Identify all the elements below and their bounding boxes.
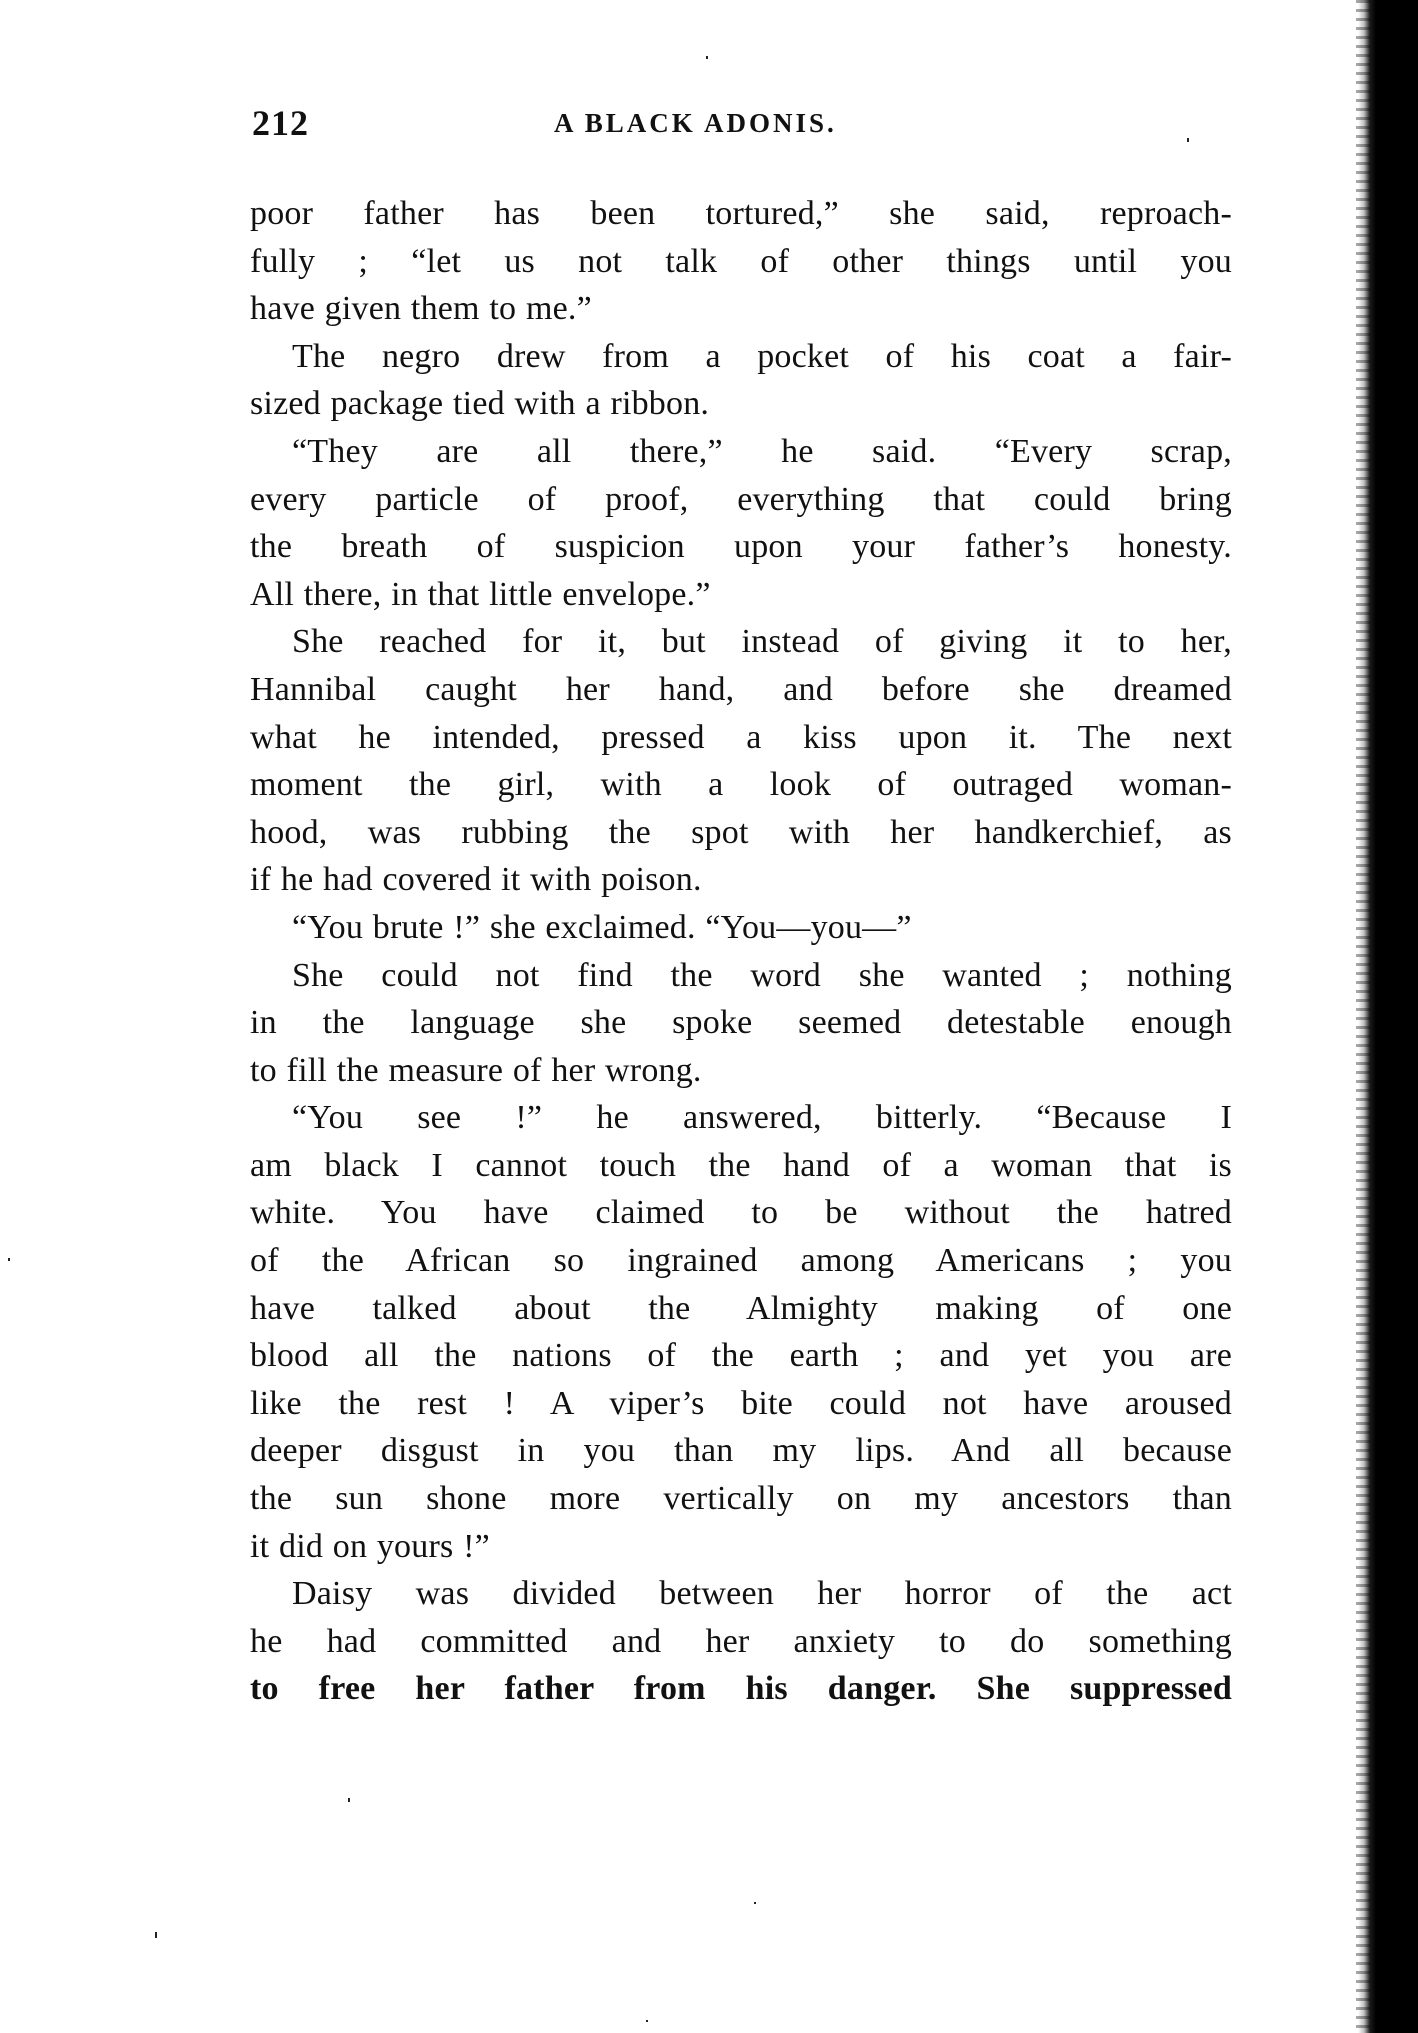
text-line: am black I cannot touch the hand of a wo… (250, 1142, 1232, 1190)
text-line: hood, was rubbing the spot with her hand… (250, 809, 1232, 857)
text-line: poor father has been tortured,” she said… (250, 190, 1232, 238)
text-line: to free her father from his danger. She … (250, 1665, 1232, 1713)
text-line: have talked about the Almighty making of… (250, 1285, 1232, 1333)
text-line: white. You have claimed to be without th… (250, 1189, 1232, 1237)
scan-speck (1187, 138, 1189, 142)
text-line: “You brute !” she exclaimed. “You—you—” (250, 904, 1232, 952)
text-line: Daisy was divided between her horror of … (250, 1570, 1232, 1618)
text-line: blood all the nations of the earth ; and… (250, 1332, 1232, 1380)
text-line: have given them to me.” (250, 285, 1232, 333)
text-line: every particle of proof, everything that… (250, 476, 1232, 524)
book-page: 212 A BLACK ADONIS. poor father has been… (0, 0, 1418, 2033)
text-line: what he intended, pressed a kiss upon it… (250, 714, 1232, 762)
text-line: She reached for it, but instead of givin… (250, 618, 1232, 666)
text-line: deeper disgust in you than my lips. And … (250, 1427, 1232, 1475)
text-line: Hannibal caught her hand, and before she… (250, 666, 1232, 714)
scan-speck (8, 1258, 10, 1261)
text-line: like the rest ! A viper’s bite could not… (250, 1380, 1232, 1428)
scan-speck (706, 56, 708, 59)
scan-speck (348, 1798, 350, 1802)
binding-edge-speckle (1356, 0, 1370, 2033)
scan-speck (646, 2020, 648, 2022)
text-line: the breath of suspicion upon your father… (250, 523, 1232, 571)
page-number: 212 (252, 102, 309, 144)
text-line: to fill the measure of her wrong. (250, 1047, 1232, 1095)
text-line: sized package tied with a ribbon. (250, 380, 1232, 428)
scan-speck (754, 1902, 756, 1904)
body-text: poor father has been tortured,” she said… (250, 190, 1232, 1713)
running-head: 212 A BLACK ADONIS. (252, 102, 1232, 152)
text-line: in the language she spoke seemed detesta… (250, 999, 1232, 1047)
text-line: moment the girl, with a look of outraged… (250, 761, 1232, 809)
text-line: it did on yours !” (250, 1523, 1232, 1571)
text-line: of the African so ingrained among Americ… (250, 1237, 1232, 1285)
scan-speck (155, 1932, 157, 1938)
text-line: the sun shone more vertically on my ance… (250, 1475, 1232, 1523)
text-line: “They are all there,” he said. “Every sc… (250, 428, 1232, 476)
text-line: he had committed and her anxiety to do s… (250, 1618, 1232, 1666)
running-title: A BLACK ADONIS. (554, 108, 837, 139)
text-line: fully ; “let us not talk of other things… (250, 238, 1232, 286)
text-line: if he had covered it with poison. (250, 856, 1232, 904)
text-line: The negro drew from a pocket of his coat… (250, 333, 1232, 381)
text-line: She could not find the word she wanted ;… (250, 952, 1232, 1000)
text-line: “You see !” he answered, bitterly. “Beca… (250, 1094, 1232, 1142)
text-line: All there, in that little envelope.” (250, 571, 1232, 619)
